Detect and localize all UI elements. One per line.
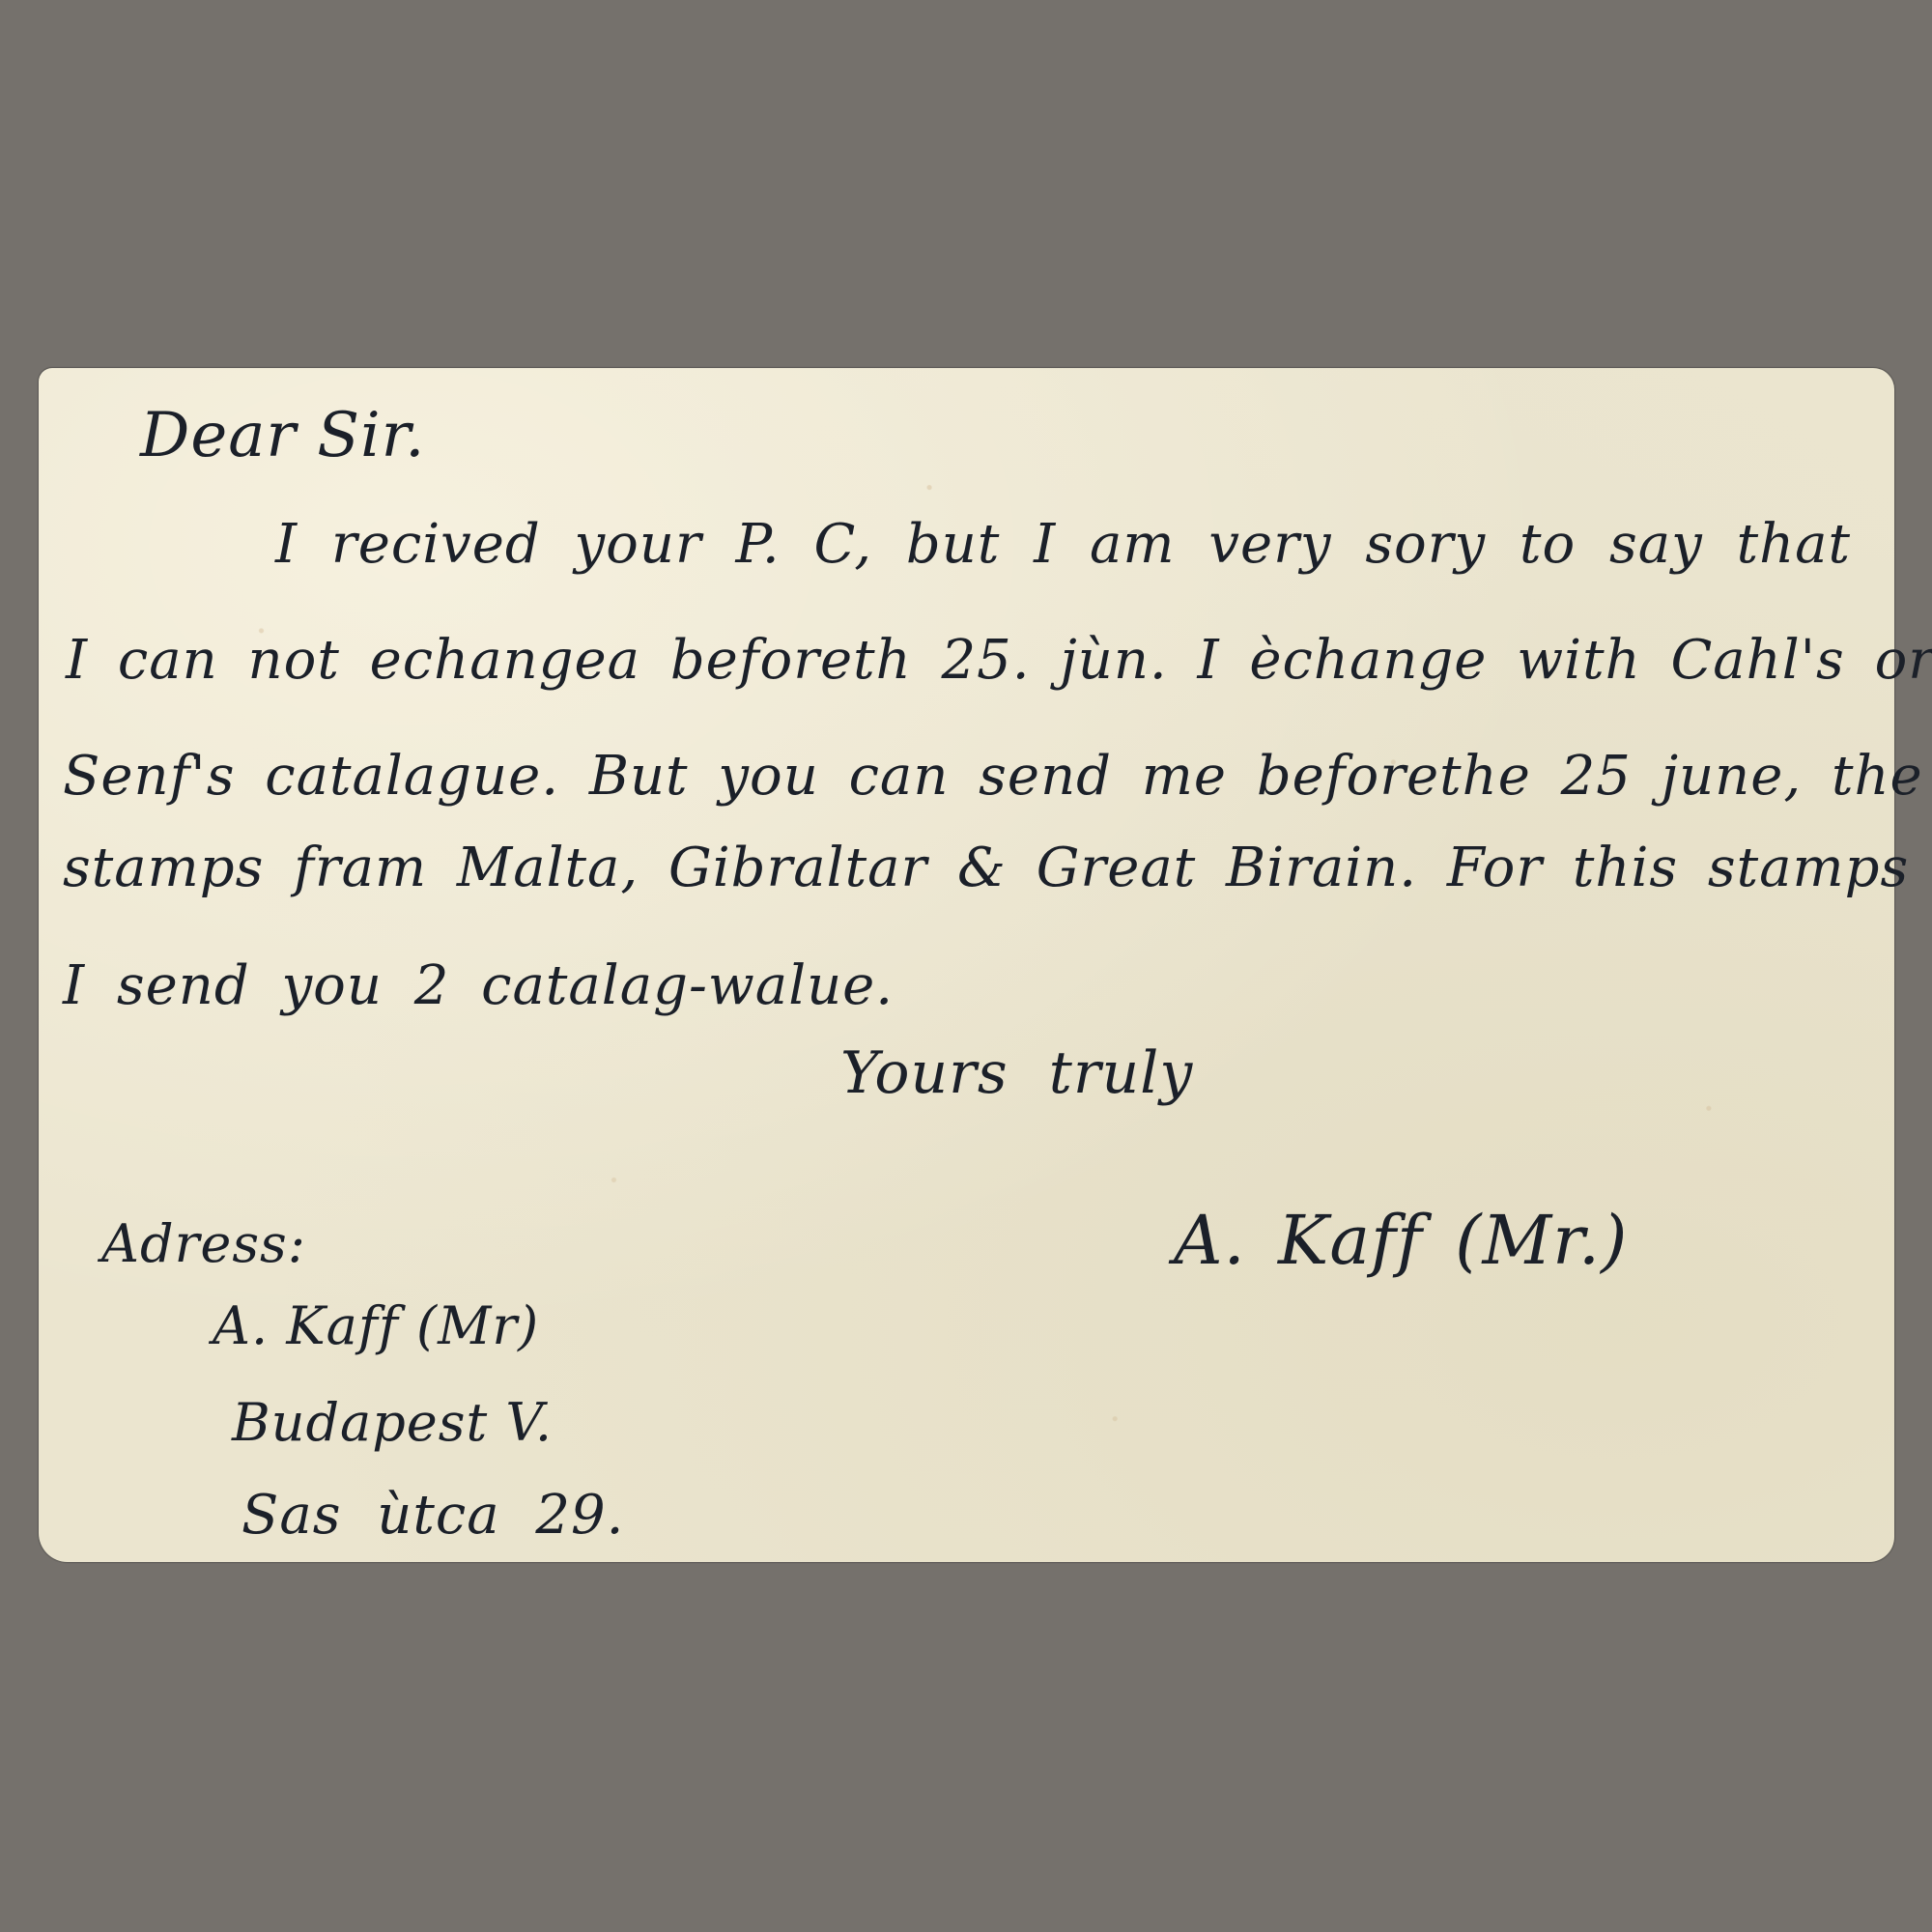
body-line-4: stamps fram Malta, Gibraltar & Great Bir… bbox=[63, 841, 1909, 895]
salutation: Dear Sir. bbox=[140, 405, 426, 467]
postcard: Dear Sir. I recived your P. C, but I am … bbox=[39, 368, 1894, 1562]
body-line-3: Senf's catalague. But you can send me be… bbox=[63, 750, 1932, 804]
address-name: A. Kaff (Mr) bbox=[213, 1300, 539, 1352]
address-street: Sas ùtca 29. bbox=[241, 1489, 624, 1543]
body-line-1: I recived your P. C, but I am very sory … bbox=[275, 518, 1851, 572]
address-label: Adress: bbox=[101, 1218, 306, 1270]
signature: A. Kaff (Mr.) bbox=[1174, 1207, 1628, 1274]
body-line-2: I can not echangea beforeth 25. jùn. I è… bbox=[66, 634, 1932, 688]
body-line-5: I send you 2 catalag-walue. bbox=[63, 959, 894, 1013]
address-city: Budapest V. bbox=[232, 1397, 553, 1449]
closing: Yours truly bbox=[840, 1044, 1193, 1102]
